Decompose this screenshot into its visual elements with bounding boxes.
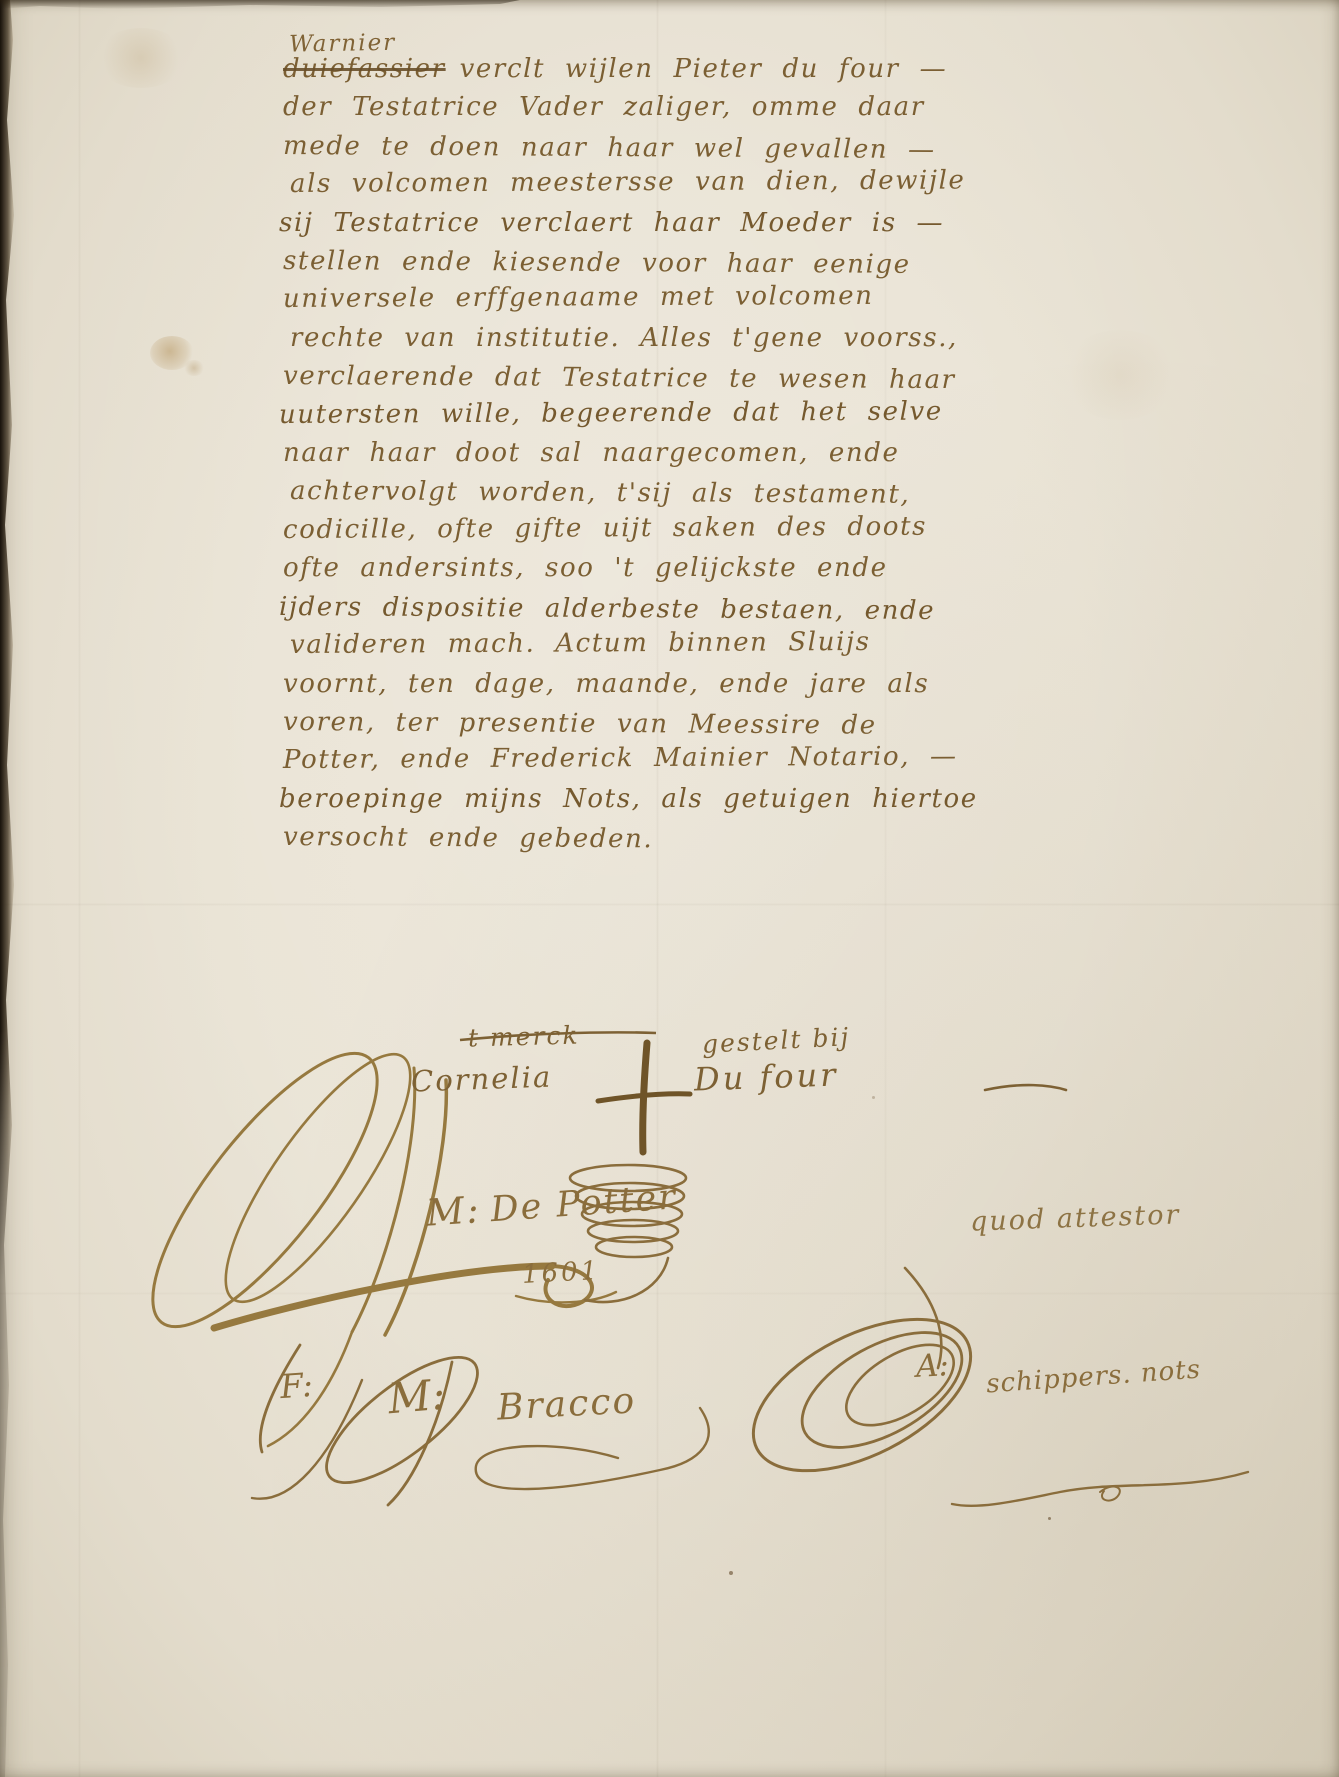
- manuscript-line: ofte andersints, soo 't gelijckste ende: [283, 549, 1163, 587]
- manuscript-line: als volcomen meestersse van dien, dewijl…: [290, 161, 1163, 204]
- manuscript-line: universele erffgenaame met volcomen: [283, 276, 1163, 319]
- bracco-prefix: F:: [279, 1365, 314, 1406]
- manuscript-line: sij Testatrice verclaert haar Moeder is …: [279, 204, 1163, 242]
- manuscript-lines: der Testatrice Vader zaliger, omme daarm…: [283, 88, 1163, 856]
- manuscript-line: codicille, ofte gifte uijt saken des doo…: [283, 506, 1163, 549]
- paper-stain: [96, 28, 186, 88]
- manuscript-line: valideren mach. Actum binnen Sluijs: [290, 622, 1163, 665]
- signature-year: 1601: [521, 1256, 601, 1290]
- manuscript-line: Potter, ende Frederick Mainier Notario, …: [283, 737, 1163, 780]
- mark-name-cornelia: Cornelia: [410, 1060, 552, 1099]
- manuscript-line: naar haar doot sal naargecomen, ende: [283, 434, 1163, 472]
- ink-speck: [872, 1096, 875, 1099]
- manuscript-line: der Testatrice Vader zaliger, omme daar: [283, 88, 1163, 126]
- ink-speck: [1048, 1517, 1051, 1520]
- manuscript-scan: Warnier duiefassierverclt wijlen Pieter …: [0, 0, 1339, 1777]
- manuscript-line: beroepinge mijns Nots, als getuigen hier…: [279, 780, 1163, 818]
- manuscript-line: versocht ende gebeden.: [283, 818, 1163, 862]
- struck-word: duiefassier: [283, 54, 446, 84]
- manuscript-line: voornt, ten dage, maande, ende jare als: [283, 665, 1163, 703]
- manuscript-line: uutersten wille, begeerende dat het selv…: [279, 391, 1163, 434]
- horizontal-crease: [0, 903, 1339, 906]
- vertical-crease: [78, 0, 81, 1777]
- mark-surname-du-four: Du four: [693, 1055, 839, 1098]
- manuscript-line: rechte van institutie. Alles t'gene voor…: [290, 319, 1163, 357]
- manuscript-line: duiefassierverclt wijlen Pieter du four …: [283, 50, 1163, 88]
- manuscript-line-text: verclt wijlen Pieter du four —: [460, 54, 948, 84]
- schippers-initial: A:: [915, 1347, 950, 1385]
- potter-initial: M:: [425, 1188, 482, 1235]
- bracco-initial: M:: [386, 1370, 447, 1424]
- horizontal-crease: [0, 1292, 1339, 1295]
- signature-bracco: Bracco: [496, 1380, 637, 1428]
- mark-label-merck: t merck: [468, 1021, 580, 1053]
- manuscript-text-block: Warnier duiefassierverclt wijlen Pieter …: [283, 24, 1163, 857]
- ink-stain: [183, 360, 205, 376]
- ink-speck: [729, 1571, 733, 1575]
